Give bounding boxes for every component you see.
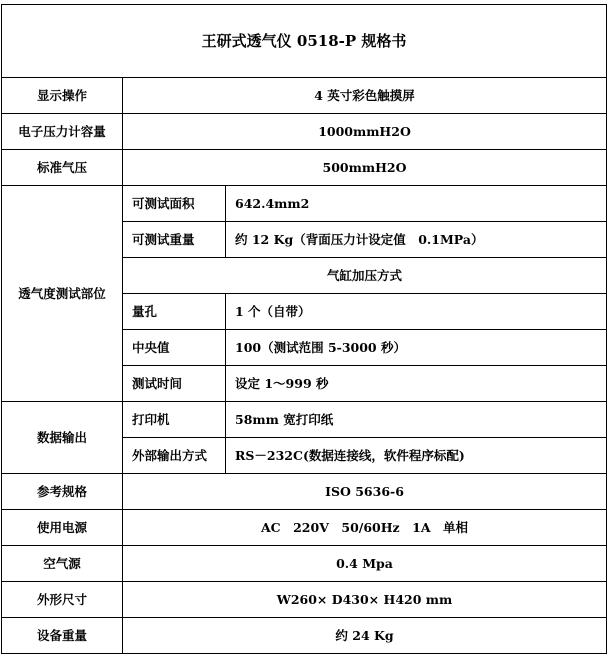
row-label-weight: 设备重量	[2, 618, 123, 654]
table-row: 标准气压 500mmH2O	[2, 150, 607, 186]
row-label-pressure-capacity: 电子压力计容量	[2, 114, 123, 150]
document-title: 王研式透气仪 0518-P 规格书	[2, 5, 607, 78]
sub-value-test-weight: 约 12 Kg（背面压力计设定值 0.1MPa）	[226, 222, 607, 258]
sub-value-test-time: 设定 1～999 秒	[226, 366, 607, 402]
table-row: 透气度测试部位 可测试面积 642.4mm2	[2, 186, 607, 222]
sub-value-cylinder-method: 气缸加压方式	[123, 258, 607, 294]
sub-label-test-weight: 可测试重量	[123, 222, 226, 258]
table-row: 外形尺寸 W260× D430× H420 mm	[2, 582, 607, 618]
row-label-reference-standard: 参考规格	[2, 474, 123, 510]
group-label-data-output: 数据输出	[2, 402, 123, 474]
row-value-display: 4 英寸彩色触摸屏	[123, 78, 607, 114]
row-value-standard-pressure: 500mmH2O	[123, 150, 607, 186]
sub-label-external-output: 外部输出方式	[123, 438, 226, 474]
sub-value-printer: 58mm 宽打印纸	[226, 402, 607, 438]
table-row: 使用电源 AC 220V 50/60Hz 1A 单相	[2, 510, 607, 546]
table-row: 设备重量 约 24 Kg	[2, 618, 607, 654]
sub-value-external-output: RS－232C(数据连接线，软件程序标配)	[226, 438, 607, 474]
row-label-standard-pressure: 标准气压	[2, 150, 123, 186]
sub-value-orifice: 1 个（自带）	[226, 294, 607, 330]
sub-label-center-value: 中央值	[123, 330, 226, 366]
table-row: 参考规格 ISO 5636-6	[2, 474, 607, 510]
row-value-power-supply: AC 220V 50/60Hz 1A 单相	[123, 510, 607, 546]
row-value-reference-standard: ISO 5636-6	[123, 474, 607, 510]
table-row: 显示操作 4 英寸彩色触摸屏	[2, 78, 607, 114]
sub-label-test-area: 可测试面积	[123, 186, 226, 222]
row-value-weight: 约 24 Kg	[123, 618, 607, 654]
row-label-dimensions: 外形尺寸	[2, 582, 123, 618]
title-row: 王研式透气仪 0518-P 规格书	[2, 5, 607, 78]
table-row: 空气源 0.4 Mpa	[2, 546, 607, 582]
row-value-dimensions: W260× D430× H420 mm	[123, 582, 607, 618]
table-row: 电子压力计容量 1000mmH2O	[2, 114, 607, 150]
row-label-air-source: 空气源	[2, 546, 123, 582]
spec-table: 王研式透气仪 0518-P 规格书 显示操作 4 英寸彩色触摸屏 电子压力计容量…	[1, 4, 607, 654]
table-row: 数据输出 打印机 58mm 宽打印纸	[2, 402, 607, 438]
row-value-air-source: 0.4 Mpa	[123, 546, 607, 582]
row-value-pressure-capacity: 1000mmH2O	[123, 114, 607, 150]
sub-value-center-value: 100（测试范围 5-3000 秒）	[226, 330, 607, 366]
group-label-permeability: 透气度测试部位	[2, 186, 123, 402]
sub-value-test-area: 642.4mm2	[226, 186, 607, 222]
sub-label-orifice: 量孔	[123, 294, 226, 330]
sub-label-test-time: 测试时间	[123, 366, 226, 402]
sub-label-printer: 打印机	[123, 402, 226, 438]
row-label-power-supply: 使用电源	[2, 510, 123, 546]
row-label-display: 显示操作	[2, 78, 123, 114]
